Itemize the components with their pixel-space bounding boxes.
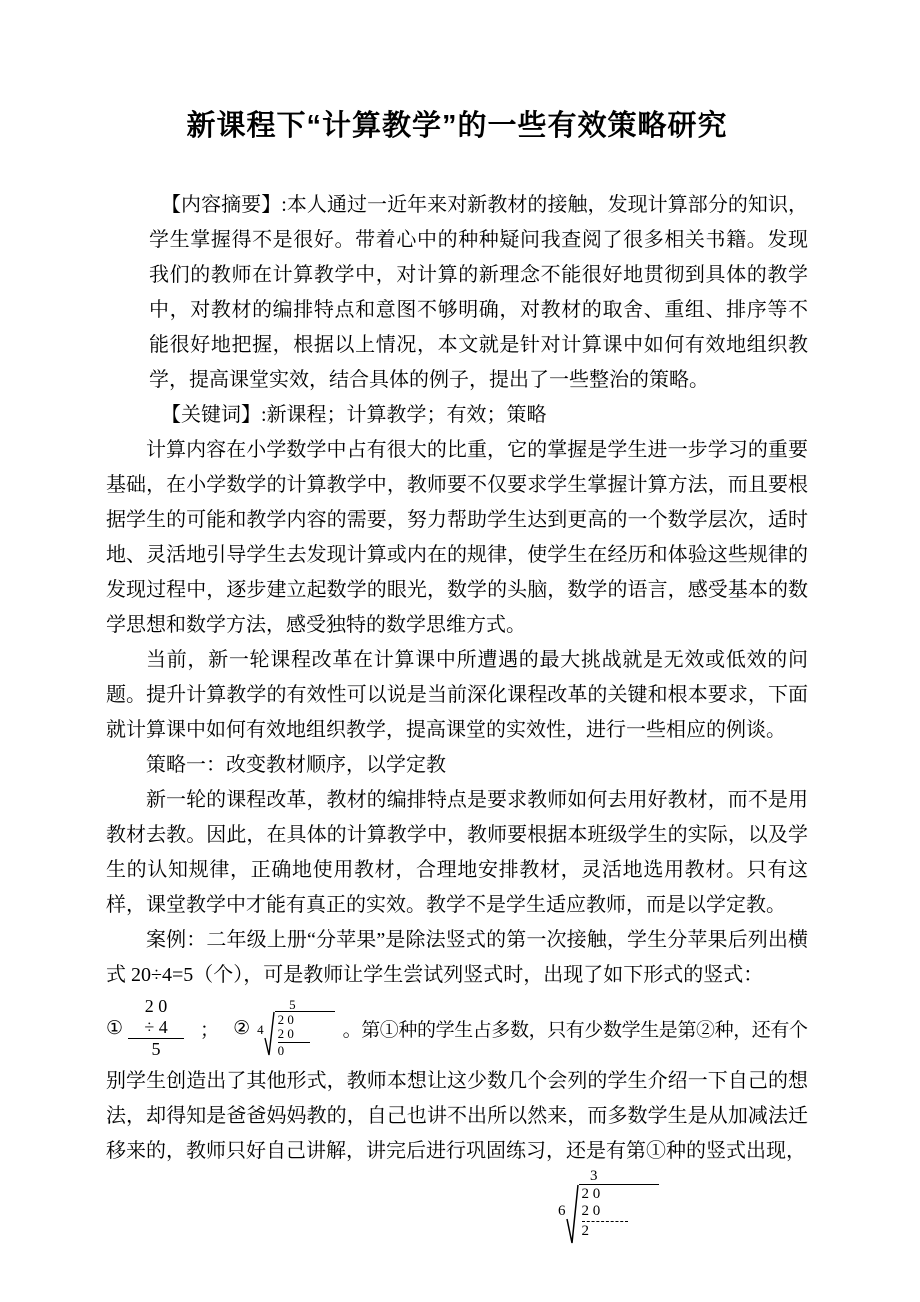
expr3-remainder: 2 xyxy=(582,1223,659,1240)
radical-sign-icon xyxy=(264,1011,275,1056)
expr3-quotient: 3 xyxy=(558,1169,598,1184)
division-examples-row: ① 2 0 ÷ 4 5 ； ② 5 4 2 0 2 0 0 。第①种 xyxy=(106,996,808,1060)
abstract-label: 【内容摘要】: xyxy=(161,194,287,216)
paragraph-strategy1: 新一轮的课程改革，教材的编排特点是要求教师如何去用好教材，而不是用教材去教。因此… xyxy=(106,783,808,923)
keywords-label: 【关键词】: xyxy=(161,404,267,426)
abstract-block: 【内容摘要】:本人通过一近年来对新教材的接触，发现计算部分的知识，学生掌握得不是… xyxy=(149,188,808,433)
paragraph-intro: 计算内容在小学数学中占有很大的比重，它的掌握是学生进一步学习的重要基础，在小学数… xyxy=(106,433,808,643)
long-division-expr3: 3 6 2 0 2 0 2 xyxy=(558,1169,659,1244)
after-expressions-text: 。第①种的学生占多数，只有少数学生是第②种，还有个 xyxy=(343,1015,808,1042)
abstract-paragraph: 【内容摘要】:本人通过一近年来对新教材的接触，发现计算部分的知识，学生掌握得不是… xyxy=(149,188,808,398)
long-division-figure: 3 6 2 0 2 0 2 xyxy=(558,1167,808,1244)
document-page: 新课程下“计算教学”的一些有效策略研究 【内容摘要】:本人通过一近年来对新教材的… xyxy=(0,0,920,1302)
expr2-stack: 2 0 2 0 0 xyxy=(275,1011,335,1058)
expr3-stack: 2 0 2 0 2 xyxy=(579,1184,659,1240)
keywords-paragraph: 【关键词】:新课程；计算教学；有效；策略 xyxy=(149,398,808,433)
expr3-divisor: 6 xyxy=(558,1204,566,1219)
expr1-dividend: 2 0 xyxy=(128,996,184,1017)
expr3-subtraction-line xyxy=(582,1221,628,1222)
section-heading-strategy1: 策略一：改变教材顺序，以学定教 xyxy=(106,748,808,783)
case-intro-paragraph: 案例：二年级上册“分苹果”是除法竖式的第一次接触，学生分苹果后列出横式 20÷4… xyxy=(106,923,808,993)
abstract-text: 本人通过一近年来对新教材的接触，发现计算部分的知识，学生掌握得不是很好。带着心中… xyxy=(149,194,808,391)
expr2-dividend: 2 0 xyxy=(278,1013,335,1027)
long-division-expr2: 5 4 2 0 2 0 0 xyxy=(257,998,335,1058)
keywords-text: 新课程；计算教学；有效；策略 xyxy=(267,404,547,426)
expr3-body: 6 2 0 2 0 2 xyxy=(558,1184,659,1244)
page-title: 新课程下“计算教学”的一些有效策略研究 xyxy=(106,104,808,148)
expr2-remainder: 0 xyxy=(278,1044,335,1058)
expr3-dividend: 2 0 xyxy=(582,1186,659,1203)
circled-one-label: ① xyxy=(106,1017,123,1040)
circled-two-label: ② xyxy=(233,1017,250,1040)
paragraph-current-challenge: 当前，新一轮课程改革在计算课中所遭遇的最大挑战就是无效或低效的问题。提升计算教学… xyxy=(106,643,808,748)
expr2-body: 4 2 0 2 0 0 xyxy=(257,1011,335,1058)
radical-sign-icon xyxy=(566,1184,579,1244)
expr2-quotient: 5 xyxy=(257,998,296,1011)
vertical-division-expr1: 2 0 ÷ 4 5 xyxy=(128,996,184,1060)
separator-semicolon: ； xyxy=(200,1015,219,1042)
expr1-result: 5 xyxy=(128,1038,184,1060)
case-continuation-paragraph: 别学生创造出了其他形式，教师本想让这少数几个会列的学生介绍一下自己的想法，却得知… xyxy=(106,1064,808,1169)
expr1-divisor-row: ÷ 4 xyxy=(128,1017,184,1038)
expr3-product: 2 0 xyxy=(582,1203,659,1220)
expr2-product: 2 0 xyxy=(278,1027,335,1041)
